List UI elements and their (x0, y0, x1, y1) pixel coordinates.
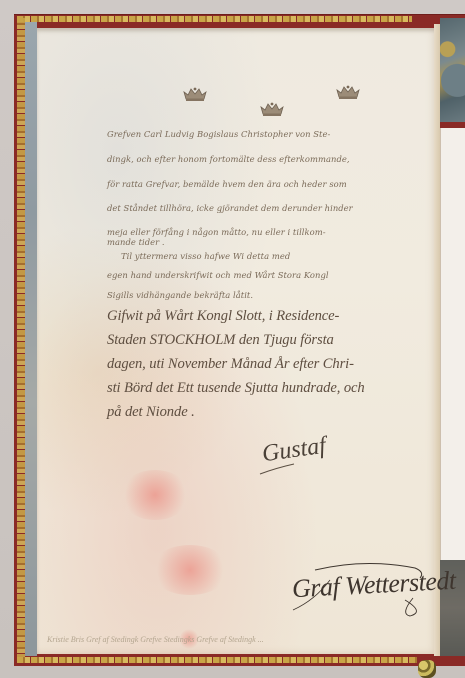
gilt-border-bottom (17, 657, 417, 663)
body-line: Til yttermera visso hafwe Wi detta med (121, 251, 290, 261)
crown-icon (335, 84, 361, 100)
gilt-border-top (17, 16, 412, 22)
body-line: mande tider . (107, 237, 165, 247)
crown-icon (259, 101, 285, 117)
body-line: meja eller förfång i någon måtto, nu ell… (107, 227, 326, 237)
flyleaf-page (440, 128, 465, 560)
crown-icon (182, 86, 208, 102)
calligraphy-line: Gifwit på Wårt Kongl Slott, i Residence- (107, 308, 339, 325)
calligraphy-line: dagen, uti November Månad År efter Chri- (107, 356, 354, 373)
calligraphy-line: sti Börd det Ett tusende Sjutta hundrade… (107, 380, 365, 397)
red-stain (150, 545, 230, 595)
gilt-border-left (17, 18, 25, 658)
body-line: Sigills vidhängande bekräfta låtit. (107, 290, 253, 300)
calligraphy-line: Staden STOCKHOLM den Tjugu första (107, 332, 334, 349)
body-line: Grefven Carl Ludvig Bogislaus Christophe… (107, 129, 330, 139)
body-line: det Ståndet tillhöra, icke gjörandet dem… (107, 203, 353, 213)
marbled-endpaper-left (25, 22, 37, 656)
signature-flourish-icon (258, 462, 298, 476)
seal-cord-tassel (418, 660, 436, 678)
body-line: för ratta Grefvar, bemälde hvem den ära … (107, 179, 347, 189)
red-stain (120, 470, 190, 520)
registration-note: Kristie Bris Gref af Stedingk Grefve Ste… (47, 635, 437, 644)
body-line: egen hand underskrifwit och med Wårt Sto… (107, 270, 329, 280)
marbled-endpaper-right-top (440, 18, 465, 122)
body-line: dingk, och efter honom fortomälte dess e… (107, 154, 350, 164)
calligraphy-line: på det Nionde . (107, 404, 195, 421)
